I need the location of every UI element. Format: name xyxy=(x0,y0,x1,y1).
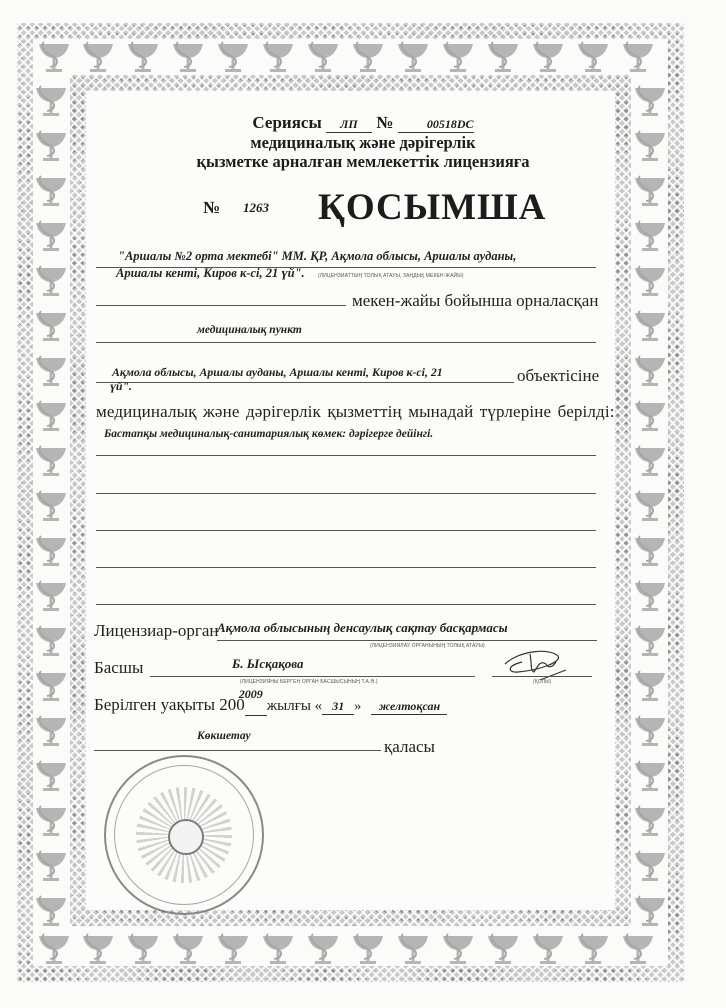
licensee-name-line-2: Аршалы кенті, Киров к-сі, 21 үй". xyxy=(116,266,305,281)
bowl-of-hygieia-icon xyxy=(33,575,69,615)
bowl-of-hygieia-icon xyxy=(620,36,656,76)
blank-rule xyxy=(96,493,596,494)
rule xyxy=(96,305,346,306)
bowl-of-hygieia-icon xyxy=(632,305,668,345)
blank-rule xyxy=(96,530,596,531)
authority-caption: (ЛИЦЕНЗИЯЛАУ ОРГАНЫНЫҢ ТОЛЫҚ АТАУЫ) xyxy=(370,643,485,649)
bowl-of-hygieia-icon xyxy=(620,928,656,968)
bowl-of-hygieia-icon xyxy=(632,800,668,840)
appendix-number: 1263 xyxy=(243,200,269,216)
head-label: Басшы xyxy=(94,658,143,678)
seal-center-icon xyxy=(168,819,204,855)
bowl-of-hygieia-icon xyxy=(33,485,69,525)
bowl-of-hygieia-icon xyxy=(305,928,341,968)
issue-month: желтоқсан xyxy=(371,699,447,715)
signature-caption: (ҚОЛЫ) xyxy=(533,679,551,685)
series-label: Сериясы xyxy=(252,113,321,132)
bowl-of-hygieia-icon xyxy=(33,800,69,840)
rule xyxy=(492,676,592,677)
bowl-of-hygieia-icon xyxy=(170,36,206,76)
bowl-of-hygieia-icon xyxy=(33,170,69,210)
bowl-of-hygieia-icon xyxy=(632,845,668,885)
city-name: Көкшетау xyxy=(197,730,251,742)
bowl-of-hygieia-icon xyxy=(33,305,69,345)
bowl-of-hygieia-icon xyxy=(80,928,116,968)
bowl-of-hygieia-icon xyxy=(632,350,668,390)
bowl-of-hygieia-icon xyxy=(440,36,476,76)
services-intro: медициналық және дәрігерлік қызметтің мы… xyxy=(96,402,615,422)
bowl-of-hygieia-icon xyxy=(33,755,69,795)
series-value: ЛП xyxy=(326,117,372,133)
bowl-of-hygieia-icon xyxy=(395,928,431,968)
bowl-of-hygieia-icon xyxy=(395,36,431,76)
bowl-of-hygieia-icon xyxy=(33,710,69,750)
bowl-of-hygieia-icon xyxy=(575,36,611,76)
bowl-of-hygieia-icon xyxy=(33,440,69,480)
rule xyxy=(150,676,475,677)
bowl-of-hygieia-icon xyxy=(632,620,668,660)
bowl-of-hygieia-icon xyxy=(33,530,69,570)
bowl-of-hygieia-icon xyxy=(632,665,668,705)
bowl-of-hygieia-icon xyxy=(440,928,476,968)
licensee-caption: (ЛИЦЕНЗИАТТЫҢ ТОЛЫҚ АТАУЫ, ЗАҢДЫҚ МЕКЕН-… xyxy=(318,273,464,279)
day-suffix: » xyxy=(354,699,361,714)
issue-year-field: 2009 xyxy=(245,695,267,716)
issue-day: 31 xyxy=(322,699,354,715)
bowl-of-hygieia-icon xyxy=(33,845,69,885)
object-suffix: объектісіне xyxy=(517,366,599,386)
bowl-of-hygieia-icon xyxy=(80,36,116,76)
bowl-of-hygieia-icon xyxy=(33,620,69,660)
bowl-of-hygieia-icon xyxy=(33,260,69,300)
bowl-of-hygieia-icon xyxy=(260,36,296,76)
issue-date-line: Берілген уақыты 2002009 жылғы «31» желто… xyxy=(94,695,447,716)
bowl-of-hygieia-icon xyxy=(33,665,69,705)
bowl-of-hygieia-icon xyxy=(632,890,668,930)
license-number: 00518DC xyxy=(398,117,474,133)
bowl-of-hygieia-icon xyxy=(36,36,72,76)
bowl-of-hygieia-icon xyxy=(215,36,251,76)
service-item: Бастапқы медициналық-санитариялық көмек:… xyxy=(104,428,433,440)
authority-value: Ақмола облысының денсаулық сақтау басқар… xyxy=(217,620,508,636)
bowl-of-hygieia-icon xyxy=(33,890,69,930)
bowl-of-hygieia-icon xyxy=(350,928,386,968)
bowl-of-hygieia-icon xyxy=(632,575,668,615)
bowl-of-hygieia-icon xyxy=(350,36,386,76)
bowl-of-hygieia-icon xyxy=(33,395,69,435)
bowl-of-hygieia-icon xyxy=(485,928,521,968)
rule xyxy=(96,382,514,383)
bowl-of-hygieia-icon xyxy=(260,928,296,968)
bowl-of-hygieia-icon xyxy=(36,928,72,968)
rule xyxy=(217,640,597,641)
bowl-of-hygieia-icon xyxy=(632,170,668,210)
bowl-of-hygieia-icon xyxy=(33,350,69,390)
number-sign: № xyxy=(376,113,393,132)
authority-label: Лицензиар-орган xyxy=(94,621,219,641)
bowl-of-hygieia-icon xyxy=(125,928,161,968)
bowl-of-hygieia-icon xyxy=(305,36,341,76)
bowl-of-hygieia-icon xyxy=(632,755,668,795)
bowl-of-hygieia-icon xyxy=(215,928,251,968)
header-line-3: қызметке арналған мемлекеттік лицензияға xyxy=(0,152,726,172)
bowl-of-hygieia-icon xyxy=(575,928,611,968)
bowl-of-hygieia-icon xyxy=(632,215,668,255)
rule xyxy=(94,750,381,751)
header-line-2: медициналық және дәрігерлік xyxy=(0,133,726,153)
bowl-of-hygieia-icon xyxy=(632,440,668,480)
rule xyxy=(96,342,596,343)
bowl-of-hygieia-icon xyxy=(632,710,668,750)
bowl-of-hygieia-icon xyxy=(170,928,206,968)
bowl-of-hygieia-icon xyxy=(485,36,521,76)
head-caption: (ЛИЦЕНЗИЯНЫ БЕРГЕН ОРГАН БАСШЫСЫНЫҢ Т.А.… xyxy=(240,679,378,685)
issue-date-label: Берілген уақыты 200 xyxy=(94,695,245,714)
facility-type: медициналық пункт xyxy=(197,324,302,336)
bowl-of-hygieia-icon xyxy=(125,36,161,76)
bowl-of-hygieia-icon xyxy=(530,928,566,968)
object-address-line-1: Ақмола облысы, Аршалы ауданы, Аршалы кен… xyxy=(112,365,443,380)
appendix-number-sign: № xyxy=(203,198,220,218)
document-title: ҚОСЫМША xyxy=(318,186,546,229)
blank-rule xyxy=(96,567,596,568)
bowl-of-hygieia-icon xyxy=(33,215,69,255)
city-suffix: қаласы xyxy=(384,737,435,757)
blank-rule xyxy=(96,604,596,605)
bowl-of-hygieia-icon xyxy=(530,36,566,76)
bowl-of-hygieia-icon xyxy=(632,260,668,300)
year-suffix: жылғы « xyxy=(267,698,322,714)
rule xyxy=(96,455,596,456)
head-name: Б. Ысқақова xyxy=(232,656,304,672)
official-seal xyxy=(104,755,264,915)
bowl-of-hygieia-icon xyxy=(632,485,668,525)
address-suffix: мекен-жайы бойынша орналасқан xyxy=(352,291,598,311)
bowl-of-hygieia-icon xyxy=(632,395,668,435)
licensee-name-line-1: "Аршалы №2 орта мектебі" ММ. ҚР, Ақмола … xyxy=(118,249,516,264)
series-line: Сериясы ЛП № 00518DC xyxy=(0,113,726,133)
bowl-of-hygieia-icon xyxy=(632,530,668,570)
object-address-line-2: үй". xyxy=(110,379,132,394)
issue-year: 2009 xyxy=(239,687,263,702)
